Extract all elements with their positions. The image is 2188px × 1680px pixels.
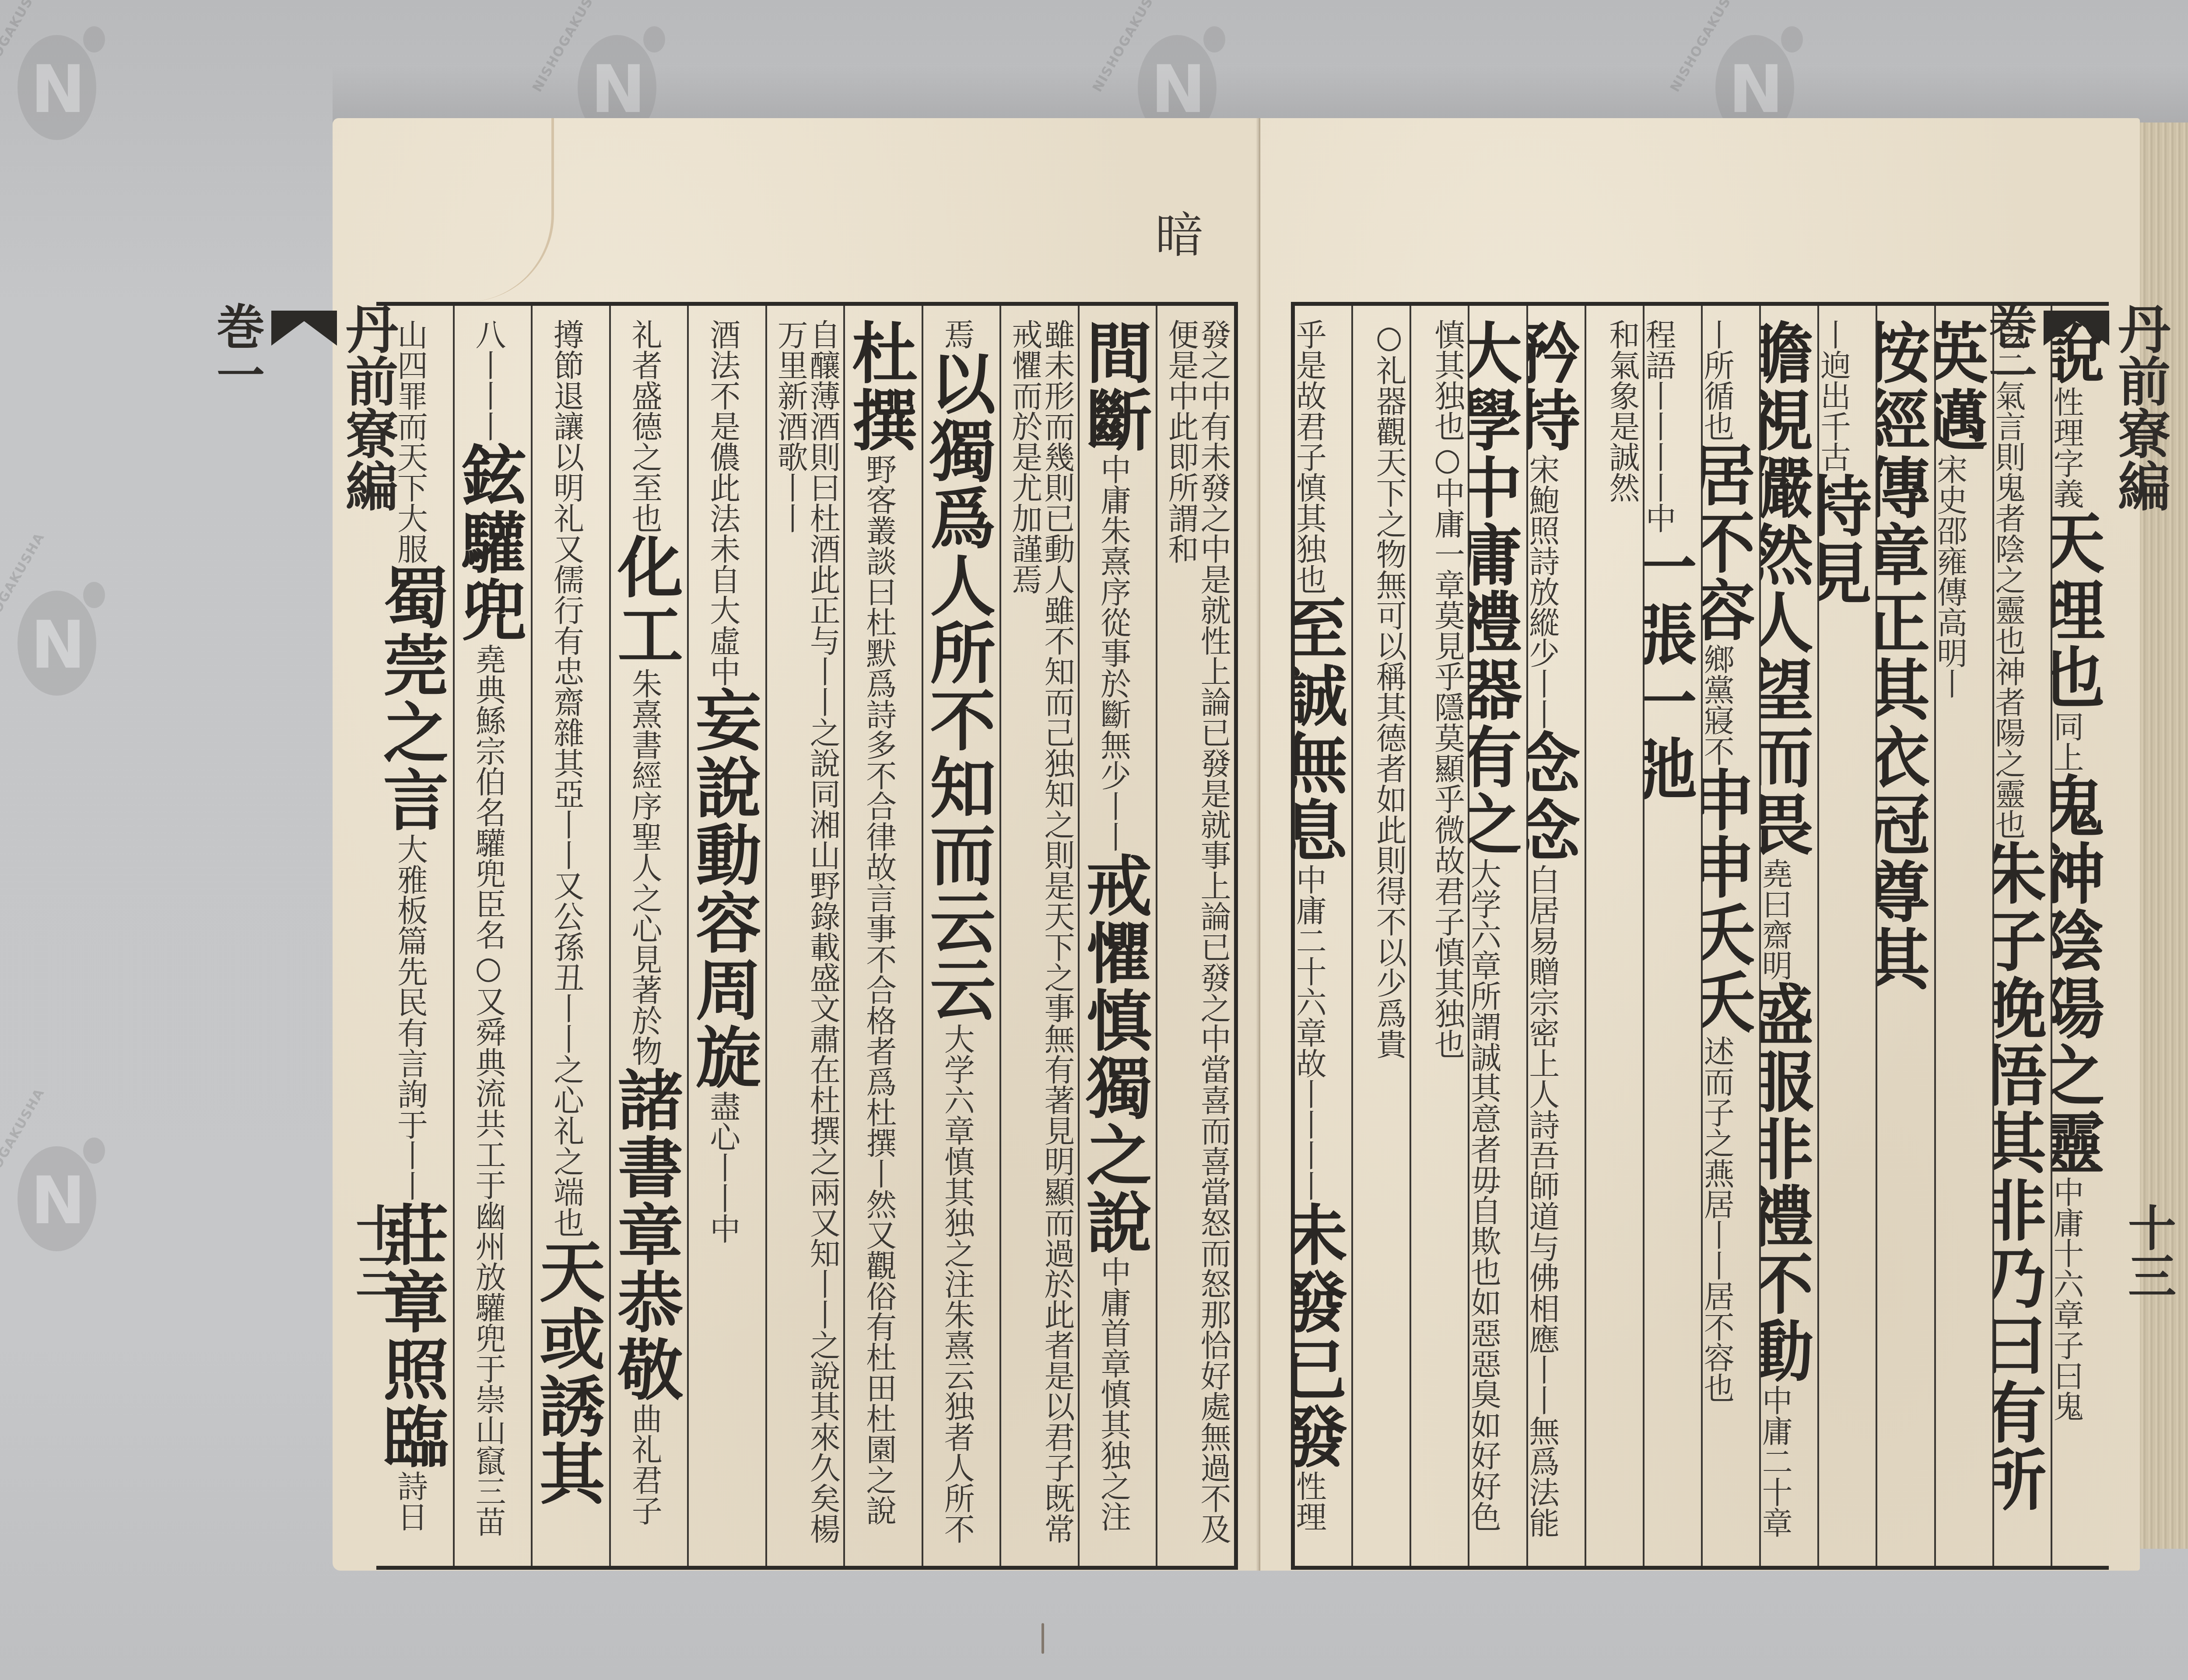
water-stain: [394, 118, 554, 302]
text-column: ○礼器觀天下之物無可以稱其德者如此則得不以少爲貴: [1351, 306, 1410, 1566]
head-character: 暗: [1155, 197, 1203, 266]
text-column: 和氣象是誠然: [1585, 306, 1643, 1566]
text-column: 發之中有未發之中是就性上論已發是就事上論已發之中當喜而喜當怒而怒那恰好處無過不及…: [1156, 306, 1234, 1566]
right-page: 說性理字義天理也同上鬼神陰陽之靈中庸十六章子曰鬼 以二氣言則鬼者陰之靈也神者陽之…: [1260, 118, 2140, 1571]
text-column: 間斷中庸朱熹序從事於斷無少丨丨戒懼慎獨之說中庸首章慎其独之注幽暗之中細微之事: [1078, 306, 1156, 1566]
text-column: 慎其独也○中庸一章莫見乎隱莫顯乎微故君子慎其独也: [1410, 306, 1468, 1566]
volume-label: 巻一: [209, 302, 265, 398]
page-number: 十三: [2114, 1203, 2183, 1299]
text-column: 乎是故君子慎其独也至誠無息中庸二十六章故丨丨丨丨未發已發性理字義中有二義有已: [1295, 306, 1351, 1566]
text-column: 杜撰野客叢談曰杜默爲詩多不合律故言事不合格者爲杜撰丨然又觀俗有杜田杜園之說杜之云…: [843, 306, 922, 1566]
print-frame-left: 發之中有未發之中是就性上論已發是就事上論已發之中當喜而喜當怒而怒那恰好處無過不及…: [376, 302, 1238, 1570]
text-column: 大學中庸禮器有之大学六章所謂誠其意者毋自欺也如惡惡臭如好好色此之謂自謙故君子: [1468, 306, 1526, 1566]
text-column: 撙節退讓以明礼又儒行有忠齋雜其亞丨丨又公孫丑丨丨之心礼之端也天或誘其衷左傳僖公二…: [531, 306, 609, 1566]
text-column: 丨逈出千古特見: [1817, 306, 1876, 1566]
text-column: 按經傳章正其衣冠尊其: [1876, 306, 1934, 1566]
text-column: 山四罪而天下大服蜀莞之言大雅板篇先民有言詢于丨丨莊章照臨詩日月篇丨丨下土: [376, 306, 453, 1566]
text-column: 八丨丨丨鉉驩兜堯典鯀宗伯名驩兜臣名○又舜典流共工于幽州放驩兜于崇山竄三苗于三危殛…: [453, 306, 531, 1566]
book-title: 丹前寮編: [2109, 302, 2170, 1562]
volume-label: 巻一: [1981, 302, 2037, 398]
margin-band-right: 丹前寮編 巻一 十三: [2105, 302, 2170, 1562]
text-column: 自釀薄酒則曰杜酒此正与丨丨之說同湘山野錄載盛文肅在杜撰之兩又知丨丨之說其來久矣楊…: [765, 306, 844, 1566]
open-book: 暗 丹前寮編 巻一 十三 發之中有未發之中是就性上論已發是就事上論已發之中當喜而…: [333, 118, 2188, 1571]
text-column: 礼者盛德之至也化工朱熹書經序聖人之心見著於物諸書章恭敬曲礼君子丨丨: [609, 306, 687, 1566]
text-column: 丨所循也居不容鄉黨寢不申申夭夭述而子之燕居丨丨居不容也: [1701, 306, 1759, 1566]
text-column: 雖未形而幾則已動人雖不知而己独知之則是天下之事無有著見明顯而過於此者是以君子既常…: [999, 306, 1078, 1566]
text-column: 矜持宋鮑照詩放縱少丨丨念念白居易贈宗密上人詩吾師道与佛相應丨丨無爲法能慎獨者章: [1526, 306, 1585, 1566]
text-column: 程語丨丨丨丨中一張一弛: [1643, 306, 1701, 1566]
text-column: 焉以獨爲人所不知而云云大学六章慎其独之注朱熹云独者人所不知而己所独知之地也: [922, 306, 1000, 1566]
text-column: 瞻視儼然人望而畏堯曰齋明盛服非禮不動中庸二十章丨丨: [1759, 306, 1817, 1566]
text-column: 酒法不是儂此法未自大虛中妄說動容周旋盡心丨丨中: [687, 306, 765, 1566]
left-page: 暗 丹前寮編 巻一 十三 發之中有未發之中是就性上論已發是就事上論已發之中當喜而…: [333, 118, 1260, 1571]
paper-crease: [1041, 1623, 1044, 1654]
text-column: 說性理字義天理也同上鬼神陰陽之靈中庸十六章子曰鬼: [2051, 306, 2109, 1566]
